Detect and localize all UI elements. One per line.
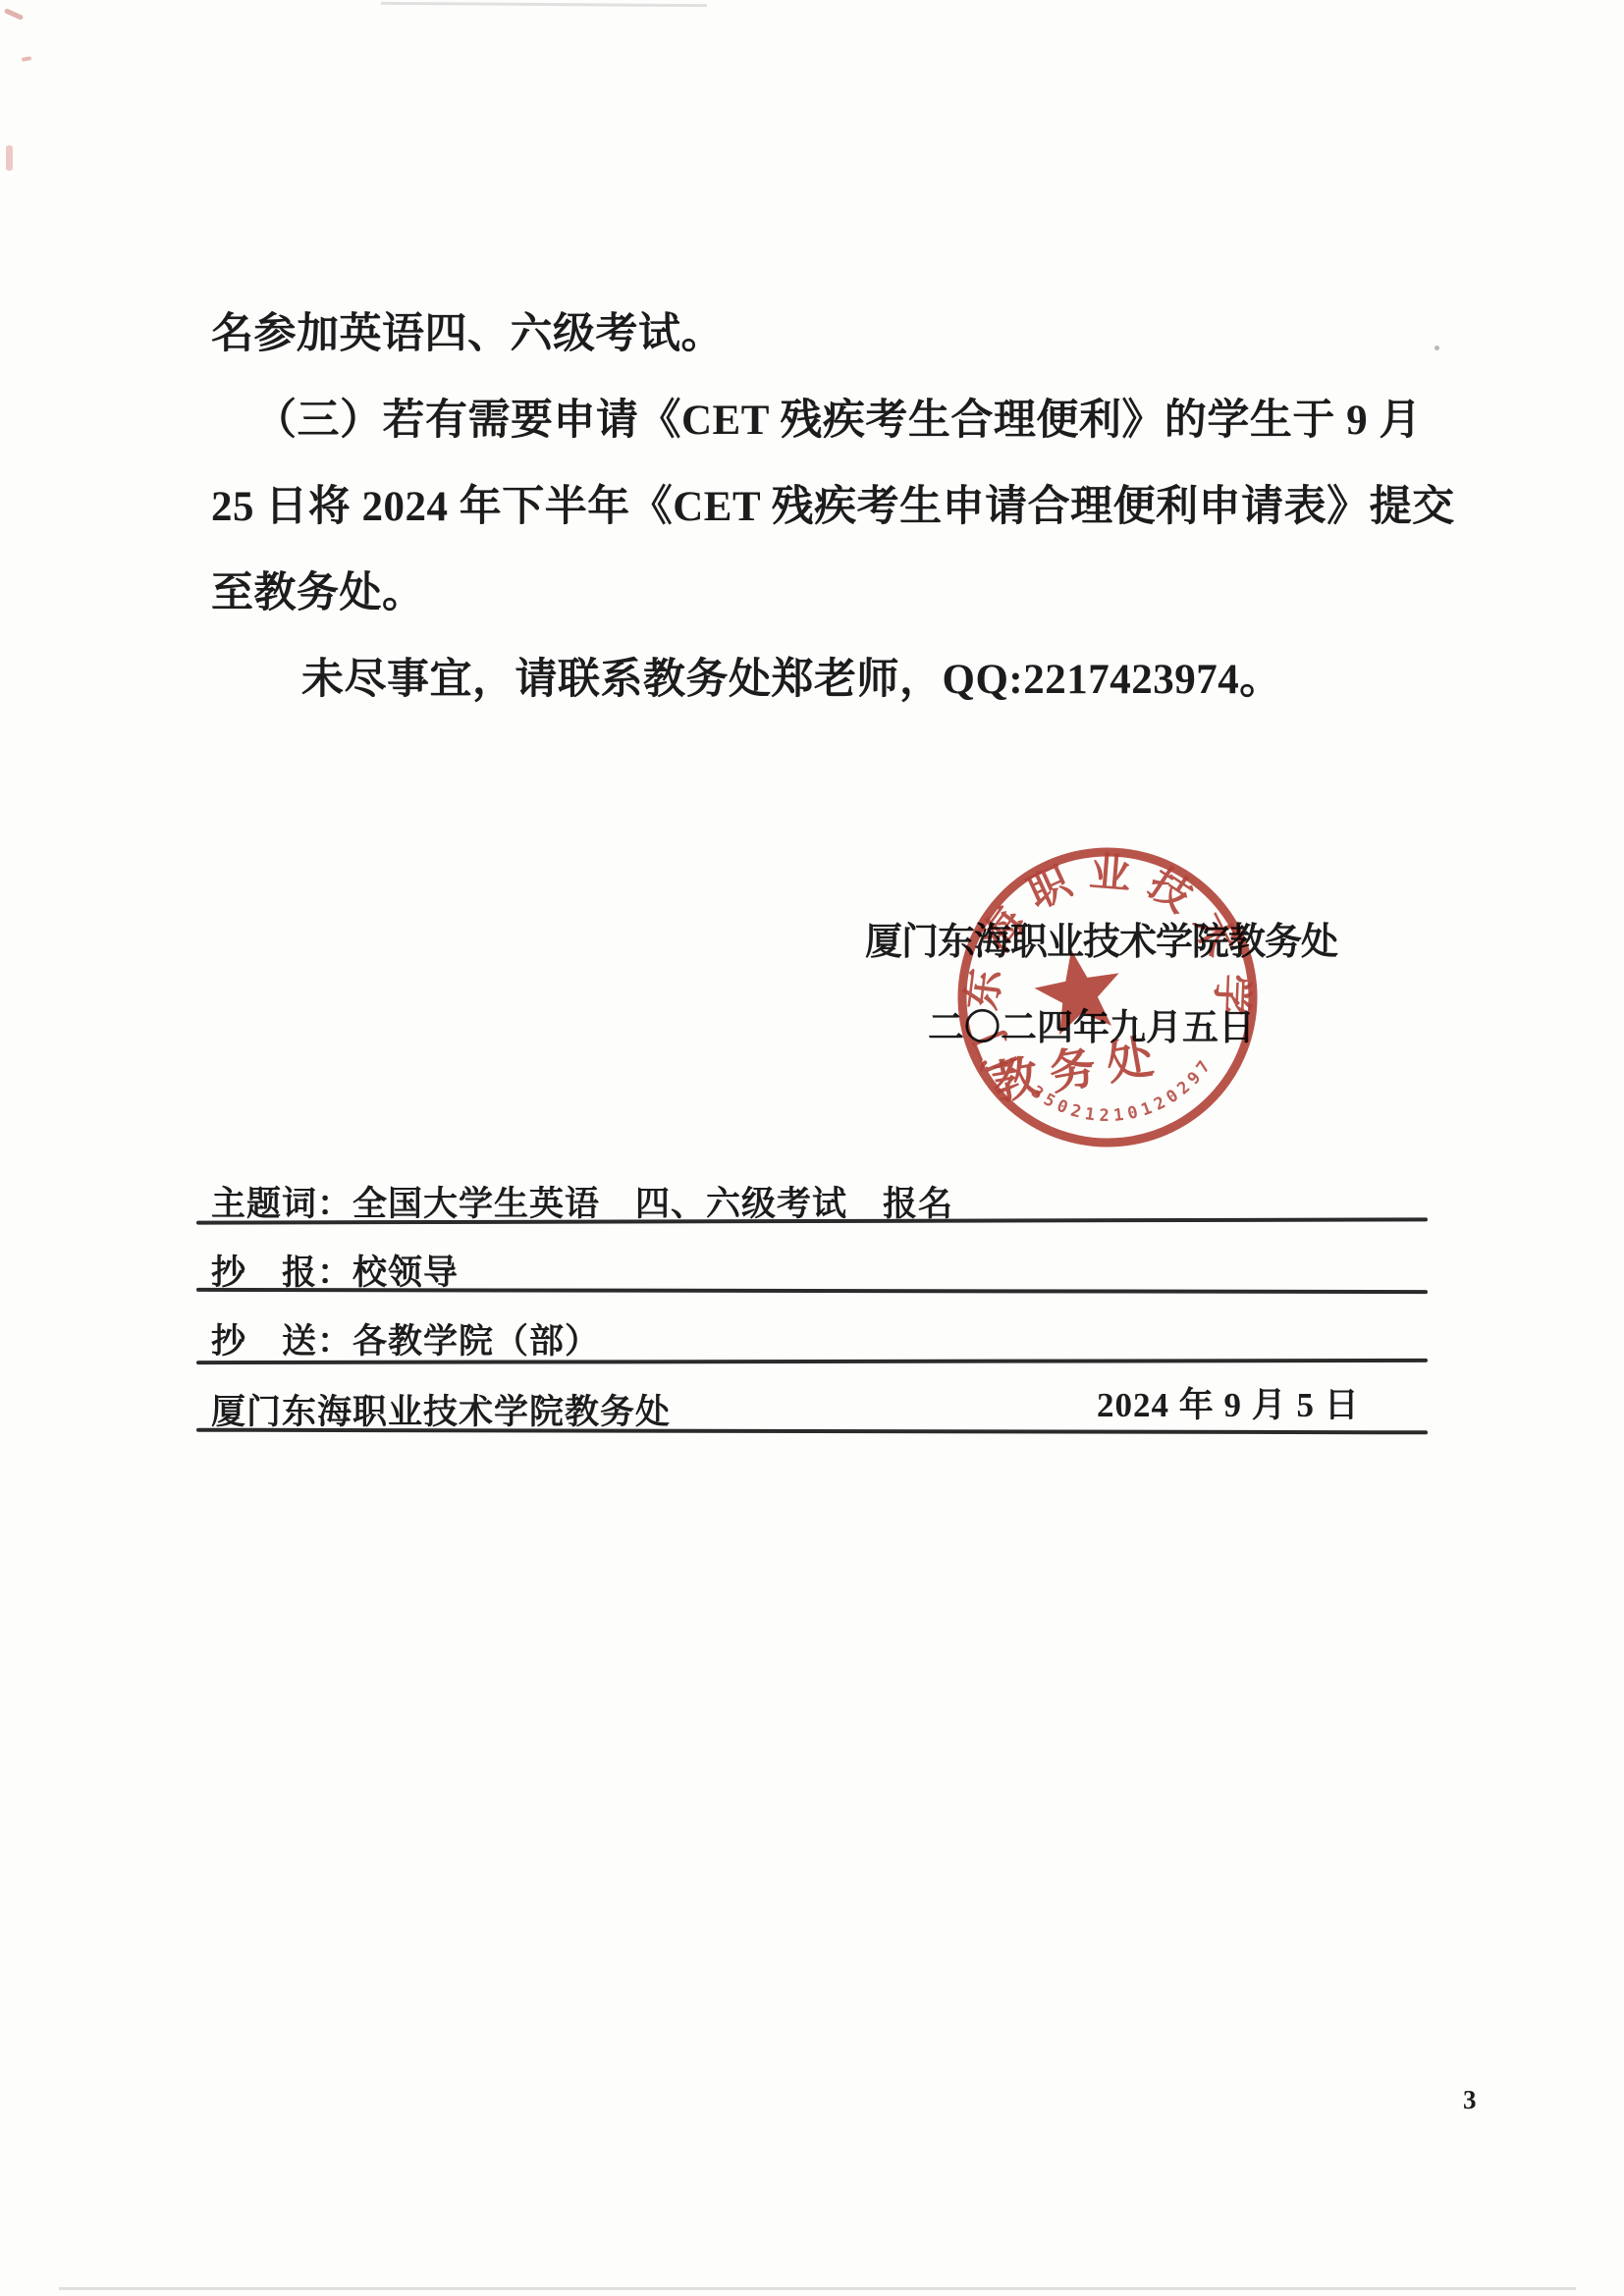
seal-star-icon — [1029, 942, 1128, 1038]
footer-value-copy-report: 校领导 — [352, 1254, 459, 1292]
body-line: 至教务处。 — [211, 551, 1450, 637]
body-line: （三）若有需要申请《CET 残疾考生合理便利》的学生于 9 月 — [211, 378, 1450, 464]
footer-label-copy-send: 抄 送： — [211, 1322, 352, 1361]
document-body: 名参加英语四、六级考试。 （三）若有需要申请《CET 残疾考生合理便利》的学生于… — [211, 292, 1450, 723]
body-line: 名参加英语四、六级考试。 — [211, 292, 1450, 378]
footer-row-issuer: 厦门东海职业技术学院教务处 — [211, 1385, 671, 1434]
footer-issuer-name: 厦门东海职业技术学院教务处 — [211, 1393, 671, 1431]
scan-artifact-edge-shadow — [59, 2287, 1576, 2290]
footer-issue-date: 2024 年 9 月 5 日 — [1097, 1378, 1360, 1427]
page-number: 3 — [1463, 2085, 1477, 2115]
body-line: 未尽事宜，请联系教务处郑老师，QQ:2217423974。 — [211, 637, 1450, 723]
scan-artifact-red-mark — [22, 56, 32, 62]
scan-artifact-red-mark — [4, 8, 24, 21]
scan-artifact-red-mark — [6, 145, 13, 171]
footer-value-copy-send: 各教学院（部） — [352, 1322, 600, 1361]
footer-label-copy-report: 抄 报： — [211, 1254, 352, 1292]
footer-row-copy-send: 抄 送：各教学院（部） — [211, 1314, 600, 1363]
footer-label-subject: 主题词： — [211, 1185, 352, 1223]
footer-value-subject: 全国大学生英语 四、六级考试 报名 — [352, 1185, 953, 1223]
body-line: 25 日将 2024 年下半年《CET 残疾考生申请合理便利申请表》提交 — [211, 464, 1450, 551]
scan-artifact-streak — [381, 2, 707, 7]
document-page: 名参加英语四、六级考试。 （三）若有需要申请《CET 残疾考生合理便利》的学生于… — [0, 0, 1624, 2296]
footer-divider — [196, 1359, 1428, 1364]
official-seal-stamp: 厦门东海职业技术学院 教务处 35021210120297 — [941, 830, 1274, 1164]
